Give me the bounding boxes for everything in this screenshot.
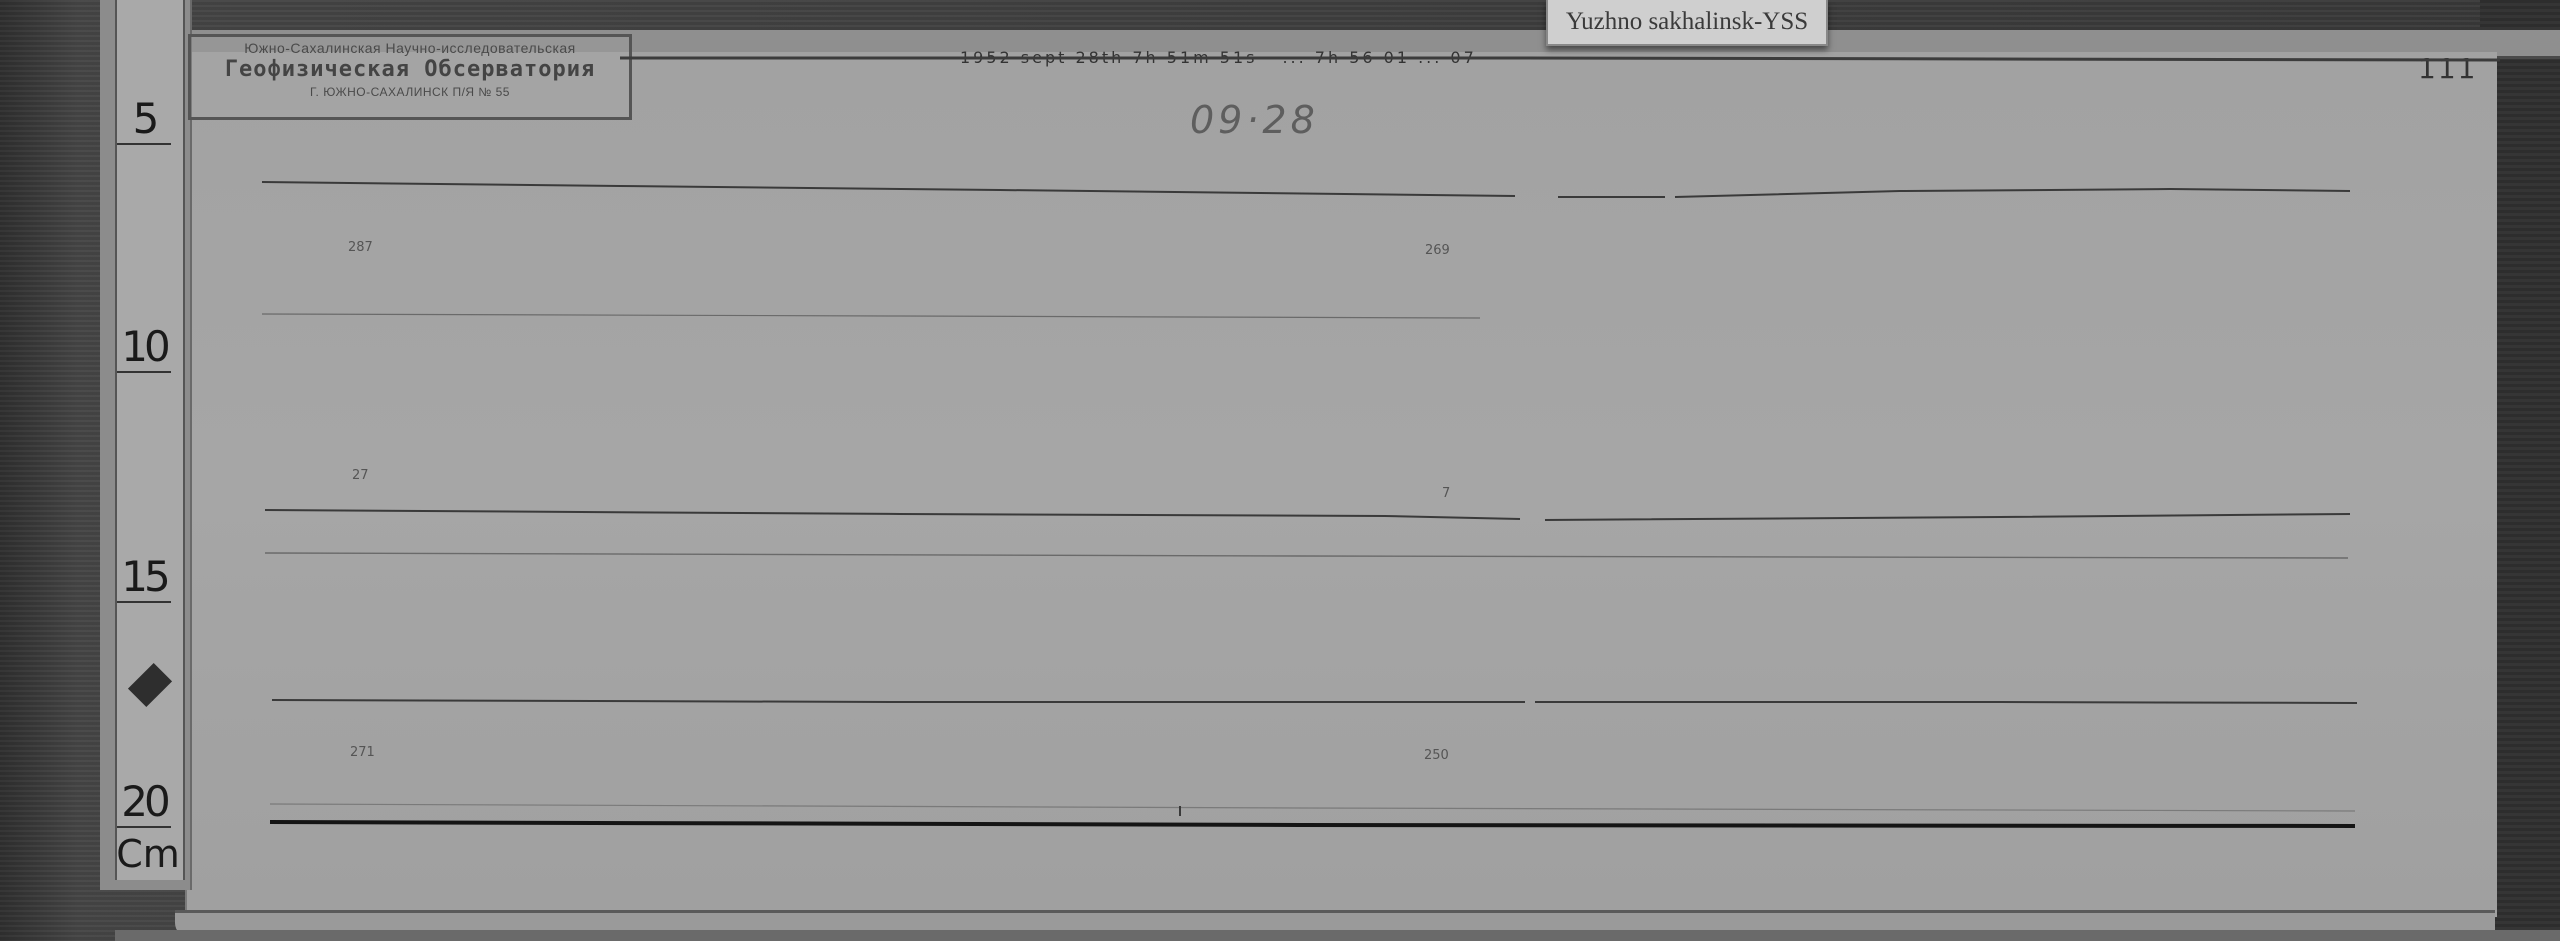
trace-line (270, 804, 2355, 811)
seismic-traces (0, 0, 2560, 941)
trace-line (1535, 702, 2357, 703)
trace-line (1558, 189, 2350, 197)
header-line (620, 58, 2500, 60)
trace-line (262, 182, 1515, 196)
trace-line (272, 700, 1525, 702)
trace-line (265, 553, 2348, 558)
trace-line (270, 822, 2355, 826)
trace-line (262, 314, 1480, 318)
trace-line (265, 510, 1520, 519)
trace-line (1545, 514, 2350, 520)
